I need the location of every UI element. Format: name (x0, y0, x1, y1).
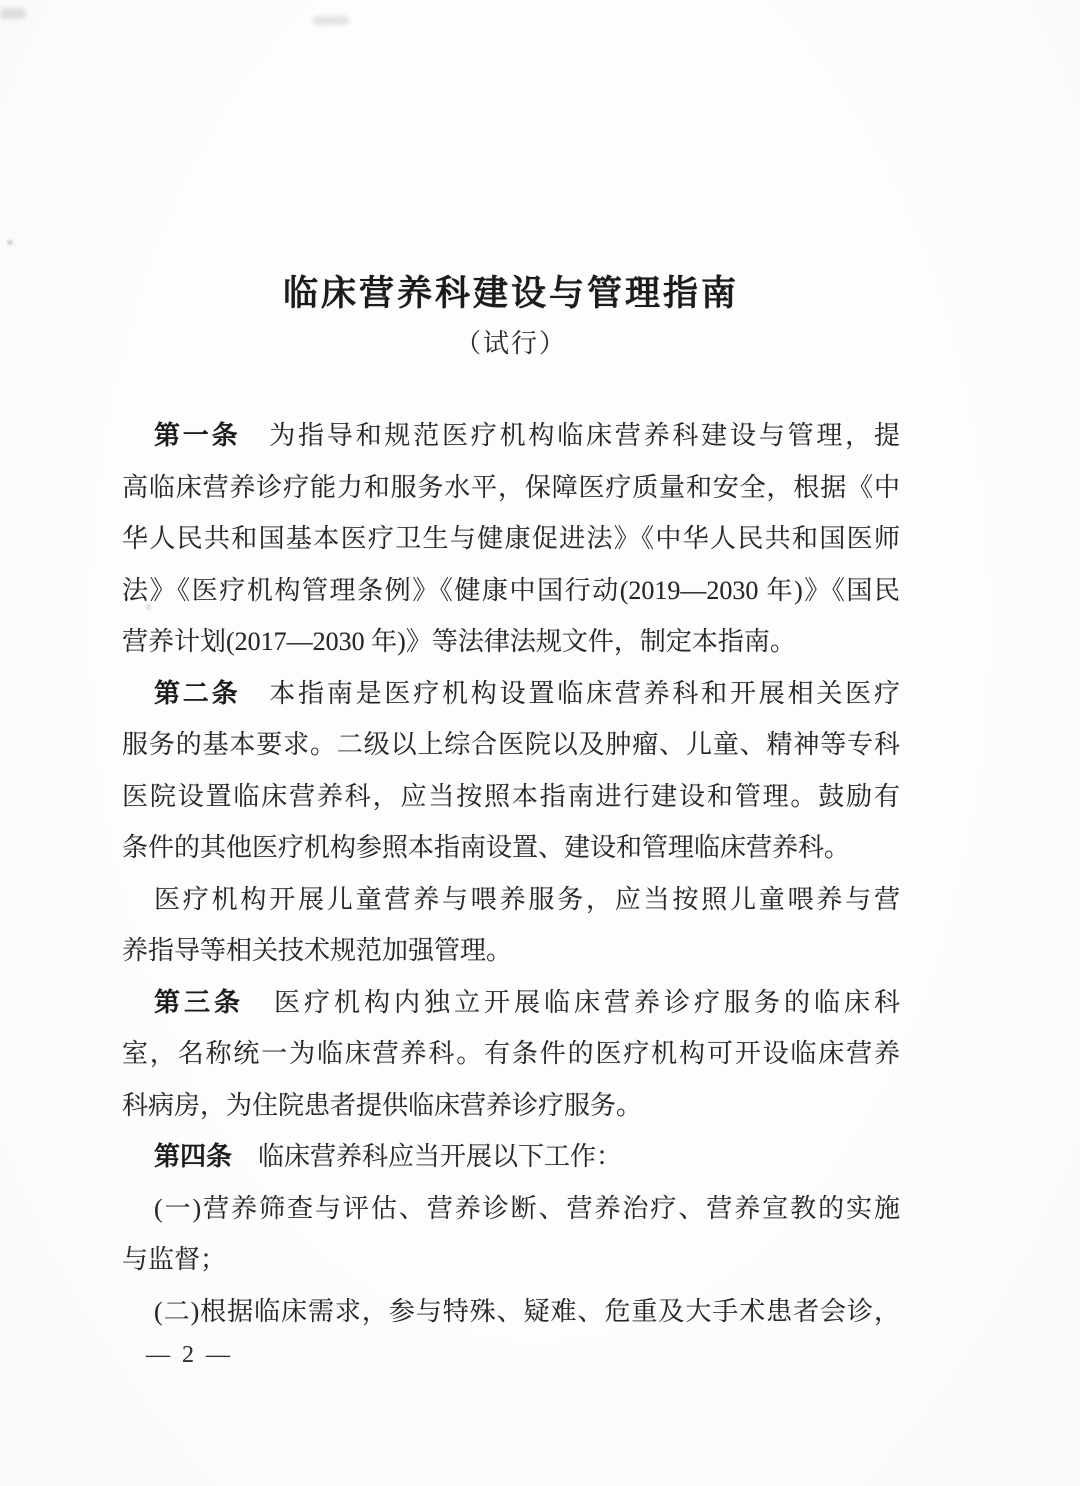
body-line: 第一条 为指导和规范医疗机构临床营养科建设与管理，提 (122, 410, 900, 462)
document-page: 临床营养科建设与管理指南 （试行） 第一条 为指导和规范医疗机构临床营养科建设与… (0, 0, 1080, 1486)
body-line: 服务的基本要求。二级以上综合医院以及肿瘤、儿童、精神等专科 (122, 719, 900, 771)
page-number: — 2 — (146, 1340, 233, 1370)
body-line: 华人民共和国基本医疗卫生与健康促进法》《中华人民共和国医师 (122, 513, 900, 565)
line-text: 为指导和规范医疗机构临床营养科建设与管理，提 (240, 421, 900, 450)
line-text: 法》《医疗机构管理条例》《健康中国行动(2019—2030 年)》《国民 (122, 576, 900, 605)
body-line: 医疗机构开展儿童营养与喂养服务，应当按照儿童喂养与营 (122, 874, 900, 926)
line-text: 高临床营养诊疗能力和服务水平，保障医疗质量和安全，根据《中 (122, 473, 900, 502)
line-text: 与监督； (122, 1245, 226, 1274)
line-text: 营养计划(2017—2030 年)》等法律法规文件，制定本指南。 (122, 627, 796, 656)
scan-artifact (313, 16, 349, 25)
body-line: 与监督； (122, 1234, 900, 1286)
line-text: 本指南是医疗机构设置临床营养科和开展相关医疗 (240, 679, 900, 708)
line-text: 华人民共和国基本医疗卫生与健康促进法》《中华人民共和国医师 (122, 524, 900, 553)
body-line: 法》《医疗机构管理条例》《健康中国行动(2019—2030 年)》《国民 (122, 565, 900, 617)
body-line: 第三条 医疗机构内独立开展临床营养诊疗服务的临床科 (122, 977, 900, 1029)
body-line: 营养计划(2017—2030 年)》等法律法规文件，制定本指南。 (122, 616, 900, 668)
scan-artifact (0, 8, 26, 19)
article-number: 第四条 (154, 1141, 232, 1171)
body-line: (一)营养筛查与评估、营养诊断、营养治疗、营养宣教的实施 (122, 1183, 900, 1235)
body-line: 养指导等相关技术规范加强管理。 (122, 925, 900, 977)
body-line: 医院设置临床营养科，应当按照本指南进行建设和管理。鼓励有 (122, 771, 900, 823)
line-text: 医疗机构开展儿童营养与喂养服务，应当按照儿童喂养与营 (154, 885, 900, 914)
body-line: 第二条 本指南是医疗机构设置临床营养科和开展相关医疗 (122, 668, 900, 720)
line-text: 条件的其他医疗机构参照本指南设置、建设和管理临床营养科。 (122, 833, 850, 862)
body-line: 科病房，为住院患者提供临床营养诊疗服务。 (122, 1080, 900, 1132)
body-line: 高临床营养诊疗能力和服务水平，保障医疗质量和安全，根据《中 (122, 462, 900, 514)
document-body: 第一条 为指导和规范医疗机构临床营养科建设与管理，提高临床营养诊疗能力和服务水平… (122, 410, 900, 1337)
body-line: 条件的其他医疗机构参照本指南设置、建设和管理临床营养科。 (122, 822, 900, 874)
scan-artifact (7, 240, 13, 245)
line-text: 医院设置临床营养科，应当按照本指南进行建设和管理。鼓励有 (122, 782, 900, 811)
article-number: 第一条 (154, 420, 240, 450)
document-title: 临床营养科建设与管理指南 (122, 272, 900, 316)
line-text: 科病房，为住院患者提供临床营养诊疗服务。 (122, 1091, 642, 1120)
line-text: 服务的基本要求。二级以上综合医院以及肿瘤、儿童、精神等专科 (122, 730, 900, 759)
line-text: (二)根据临床需求，参与特殊、疑难、危重及大手术患者会诊， (154, 1297, 900, 1326)
document-subtitle: （试行） (122, 326, 900, 362)
article-number: 第三条 (154, 987, 244, 1017)
line-text: 室，名称统一为临床营养科。有条件的医疗机构可开设临床营养 (122, 1039, 900, 1068)
article-number: 第二条 (154, 678, 240, 708)
line-text: 养指导等相关技术规范加强管理。 (122, 936, 512, 965)
line-text: 临床营养科应当开展以下工作： (232, 1142, 622, 1171)
body-line: 室，名称统一为临床营养科。有条件的医疗机构可开设临床营养 (122, 1028, 900, 1080)
line-text: (一)营养筛查与评估、营养诊断、营养治疗、营养宣教的实施 (154, 1194, 900, 1223)
line-text: 医疗机构内独立开展临床营养诊疗服务的临床科 (244, 988, 900, 1017)
body-line: (二)根据临床需求，参与特殊、疑难、危重及大手术患者会诊， (122, 1286, 900, 1338)
body-line: 第四条 临床营养科应当开展以下工作： (122, 1131, 900, 1183)
